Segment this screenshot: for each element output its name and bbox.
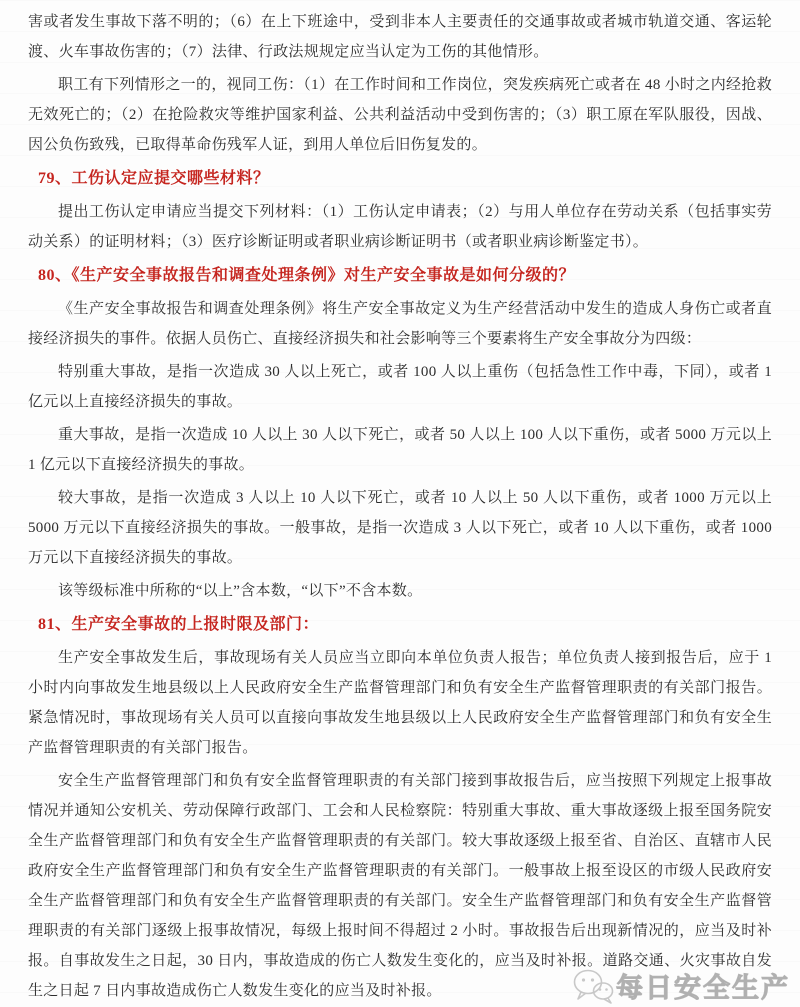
body-paragraph: 重大事故，是指一次造成 10 人以上 30 人以下死亡，或者 50 人以上 10… [28, 420, 772, 480]
body-paragraph: 害或者发生事故下落不明的；（6）在上下班途中，受到非本人主要责任的交通事故或者城… [28, 7, 772, 67]
body-paragraph: 该等级标准中所称的“以上”含本数，“以下”不含本数。 [28, 576, 772, 606]
section-heading: 79、工伤认定应提交哪些材料？ [28, 164, 772, 194]
section-heading: 81、生产安全事故的上报时限及部门： [28, 610, 772, 640]
body-paragraph: 生产安全事故发生后，事故现场有关人员应当立即向本单位负责人报告；单位负责人接到报… [28, 643, 772, 763]
document-body: 害或者发生事故下落不明的；（6）在上下班途中，受到非本人主要责任的交通事故或者城… [28, 7, 772, 1006]
body-paragraph: 特别重大事故，是指一次造成 30 人以上死亡，或者 100 人以上重伤（包括急性… [28, 357, 772, 417]
body-paragraph: 安全生产监督管理部门和负有安全监督管理职责的有关部门接到事故报告后，应当按照下列… [28, 766, 772, 1006]
body-paragraph: 职工有下列情形之一的，视同工伤：（1）在工作时间和工作岗位，突发疾病死亡或者在 … [28, 70, 772, 160]
body-paragraph: 较大事故，是指一次造成 3 人以上 10 人以下死亡，或者 10 人以上 50 … [28, 483, 772, 573]
section-heading: 80、《生产安全事故报告和调查处理条例》对生产安全事故是如何分级的？ [28, 261, 772, 291]
body-paragraph: 提出工伤认定申请应当提交下列材料：（1）工伤认定申请表；（2）与用人单位存在劳动… [28, 197, 772, 257]
body-paragraph: 《生产安全事故报告和调查处理条例》将生产安全事故定义为生产经营活动中发生的造成人… [28, 294, 772, 354]
document-page: 害或者发生事故下落不明的；（6）在上下班途中，受到非本人主要责任的交通事故或者城… [0, 0, 800, 1007]
